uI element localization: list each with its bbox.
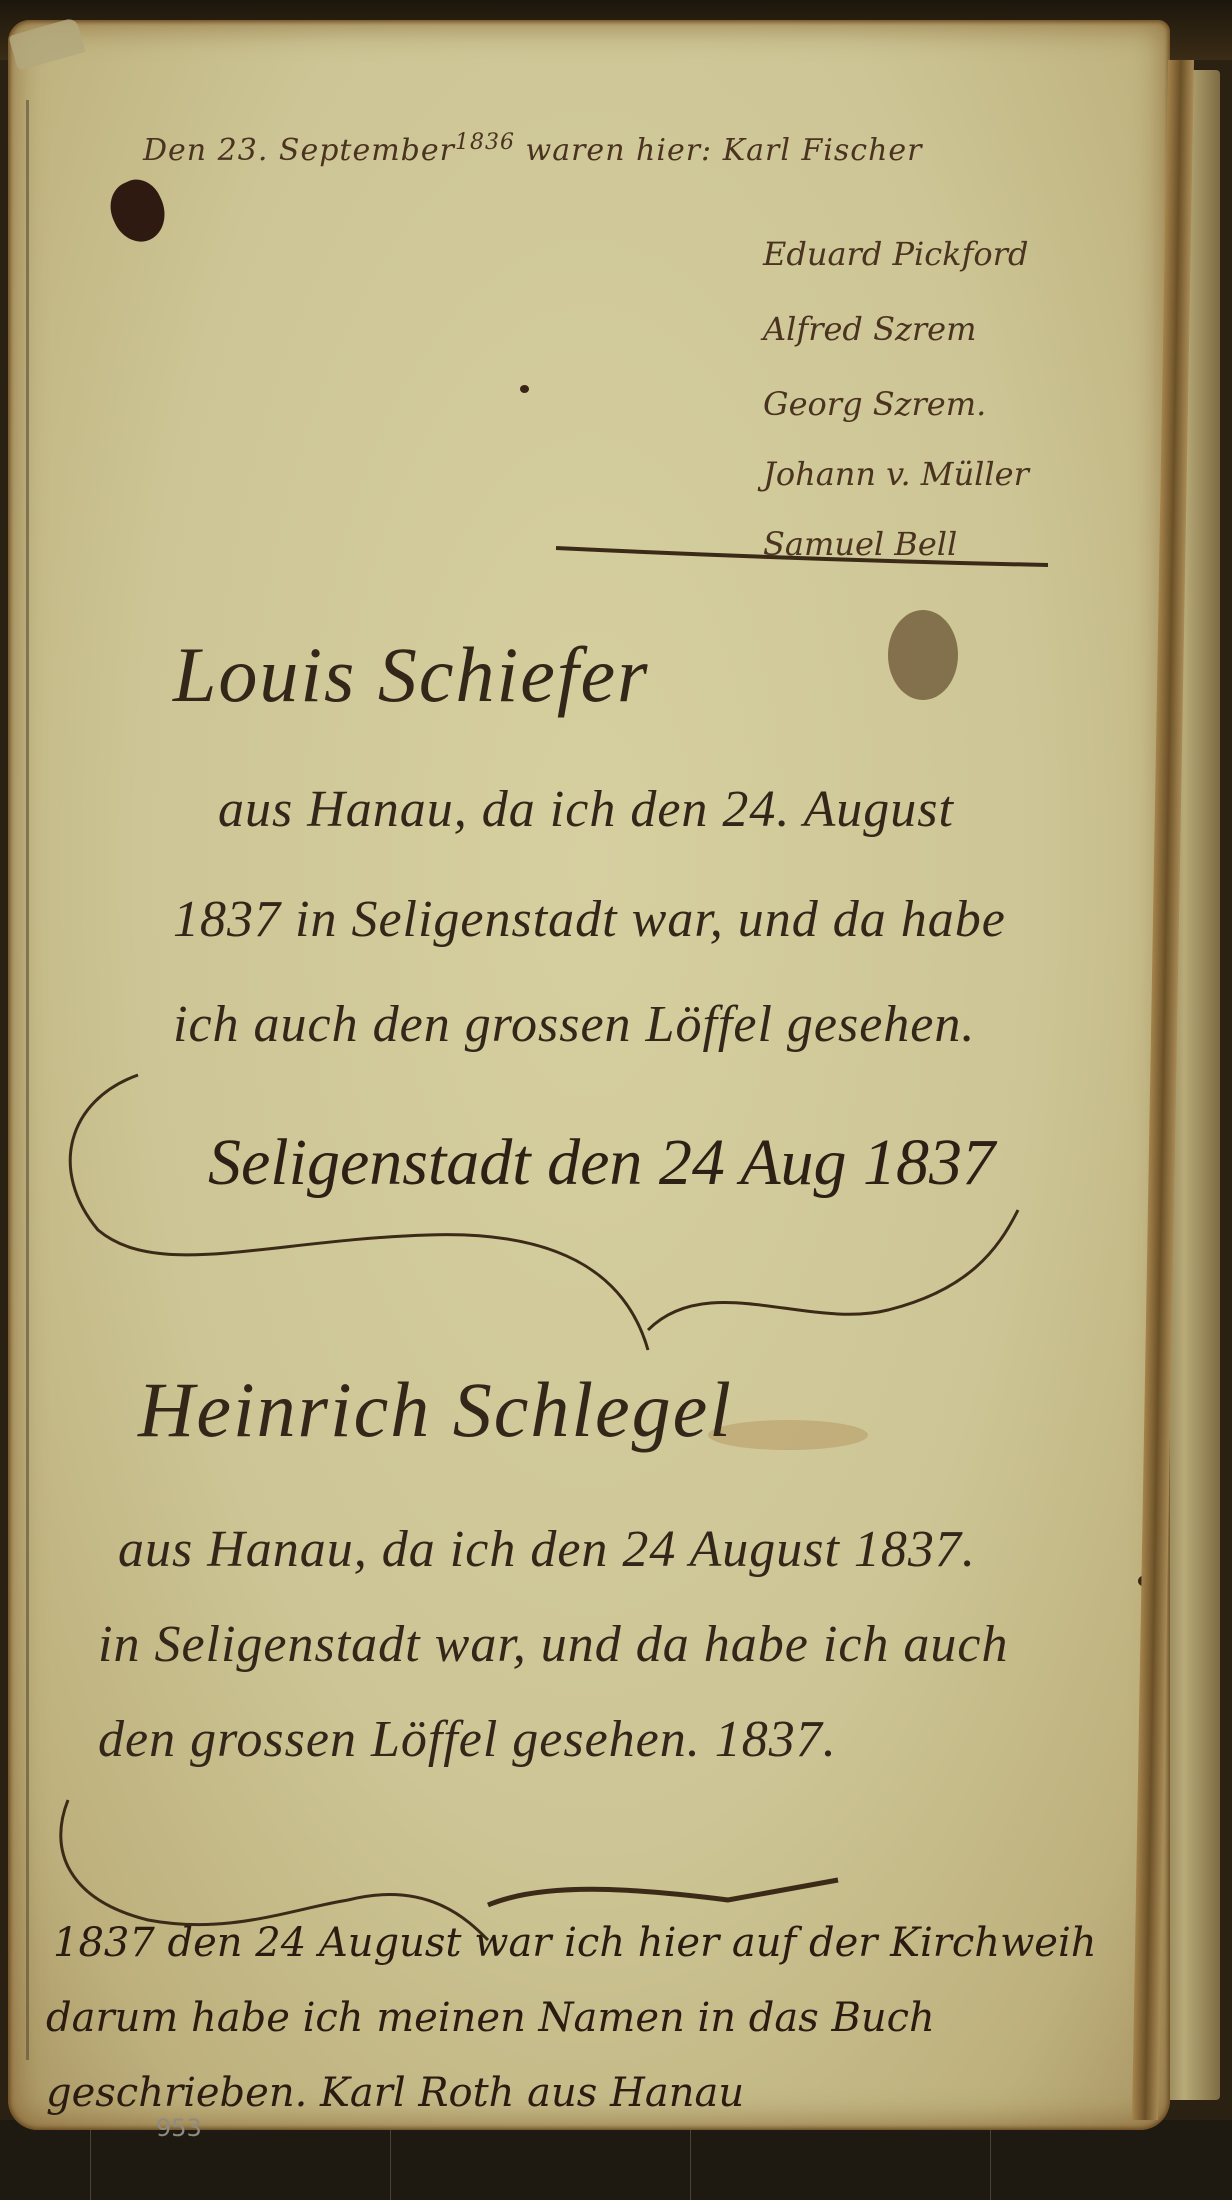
mat-grid-line [990, 2120, 991, 2200]
mat-grid-line [690, 2120, 691, 2200]
separator-rule [556, 548, 1048, 565]
mat-grid-line [90, 2120, 91, 2200]
manuscript-page: Den 23. September1836 waren hier: Karl F… [8, 20, 1170, 2130]
pen-flourishes [8, 20, 1170, 2130]
mat-grid-line [390, 2120, 391, 2200]
